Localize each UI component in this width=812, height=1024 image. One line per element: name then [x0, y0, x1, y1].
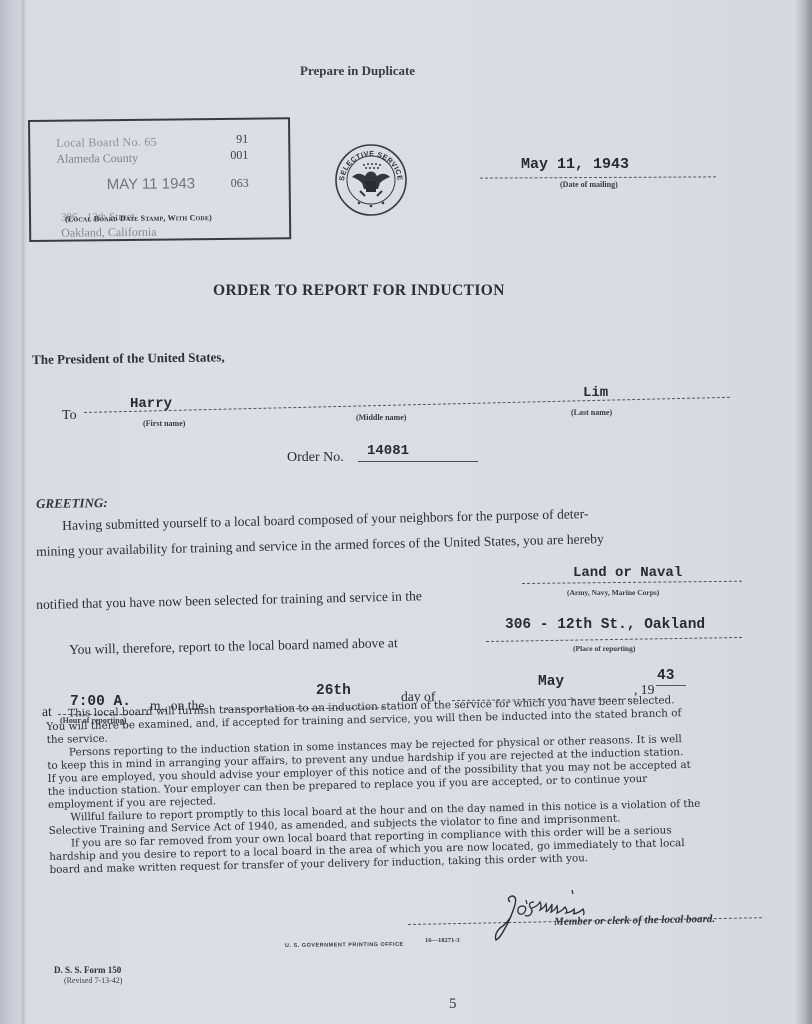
printing-office-code: 16—18271-3: [425, 937, 460, 944]
stamp-date: MAY 11 1943: [107, 175, 196, 193]
stamp-county-line: Alameda County: [56, 151, 138, 167]
stamp-code-2: 001: [230, 148, 248, 163]
report-place-statement: You will, therefore, report to the local…: [69, 635, 398, 658]
book-spine-shadow: [20, 0, 26, 1024]
recipient-last-name: Lim: [583, 385, 608, 401]
day-value: 26th: [316, 683, 351, 699]
stamp-code-3: 063: [231, 176, 249, 191]
order-number-value: 14081: [367, 443, 409, 459]
stamp-caption: (Local Board Date Stamp, With Code): [65, 213, 212, 224]
month-value: May: [538, 674, 564, 690]
date-of-mailing-line: [480, 176, 716, 178]
printing-office-label: U. S. GOVERNMENT PRINTING OFFICE: [285, 942, 404, 949]
last-name-caption: (Last name): [571, 408, 612, 417]
place-of-reporting-value: 306 - 12th St., Oakland: [505, 617, 705, 633]
recipient-name-line: [84, 397, 730, 413]
form-identifier: D. S. S. Form 150: [54, 965, 121, 975]
greeting-heading: GREETING:: [36, 495, 108, 512]
branch-line: [522, 581, 742, 584]
branch-value: Land or Naval: [573, 565, 682, 581]
greeting-paragraph-line-1: Having submitted yourself to a local boa…: [62, 506, 589, 534]
salutation: The President of the United States,: [32, 349, 225, 368]
year-value: 43: [657, 668, 674, 684]
greeting-paragraph-line-2: mining your availability for training an…: [36, 531, 604, 560]
to-label: To: [62, 408, 77, 424]
place-of-reporting-caption: (Place of reporting): [573, 644, 635, 653]
stamp-board-line: Local Board No. 65: [56, 135, 157, 151]
branch-caption: (Army, Navy, Marine Corps): [567, 588, 659, 597]
page-number: 5: [449, 996, 457, 1013]
document-page: Prepare in Duplicate Local Board No. 65 …: [0, 0, 812, 1024]
page-title: ORDER TO REPORT FOR INDUCTION: [213, 282, 505, 300]
stamp-code-1: 91: [236, 132, 248, 147]
instructions-block: This local board will furnish transporta…: [46, 692, 780, 877]
prepare-in-duplicate-note: Prepare in Duplicate: [300, 63, 415, 79]
date-of-mailing-caption: (Date of mailing): [560, 180, 618, 189]
form-revision-date: (Revised 7-13-42): [64, 976, 122, 985]
date-of-mailing-value: May 11, 1943: [521, 156, 629, 173]
first-name-caption: (First name): [143, 419, 185, 428]
signature-caption: Member or clerk of the local board.: [554, 913, 715, 928]
selective-service-system-seal-icon: SELECTIVE SERVICE SYSTEM: [334, 143, 408, 217]
order-number-line: [358, 461, 478, 462]
year-line: [656, 685, 686, 686]
place-of-reporting-line: [486, 637, 742, 642]
local-board-date-stamp: Local Board No. 65 Alameda County MAY 11…: [28, 117, 291, 242]
recipient-first-name: Harry: [130, 396, 172, 412]
order-number-label: Order No.: [287, 450, 344, 466]
selected-statement: notified that you have now been selected…: [36, 588, 422, 613]
middle-name-caption: (Middle name): [356, 413, 406, 422]
stamp-city-line: Oakland, California: [61, 225, 156, 241]
